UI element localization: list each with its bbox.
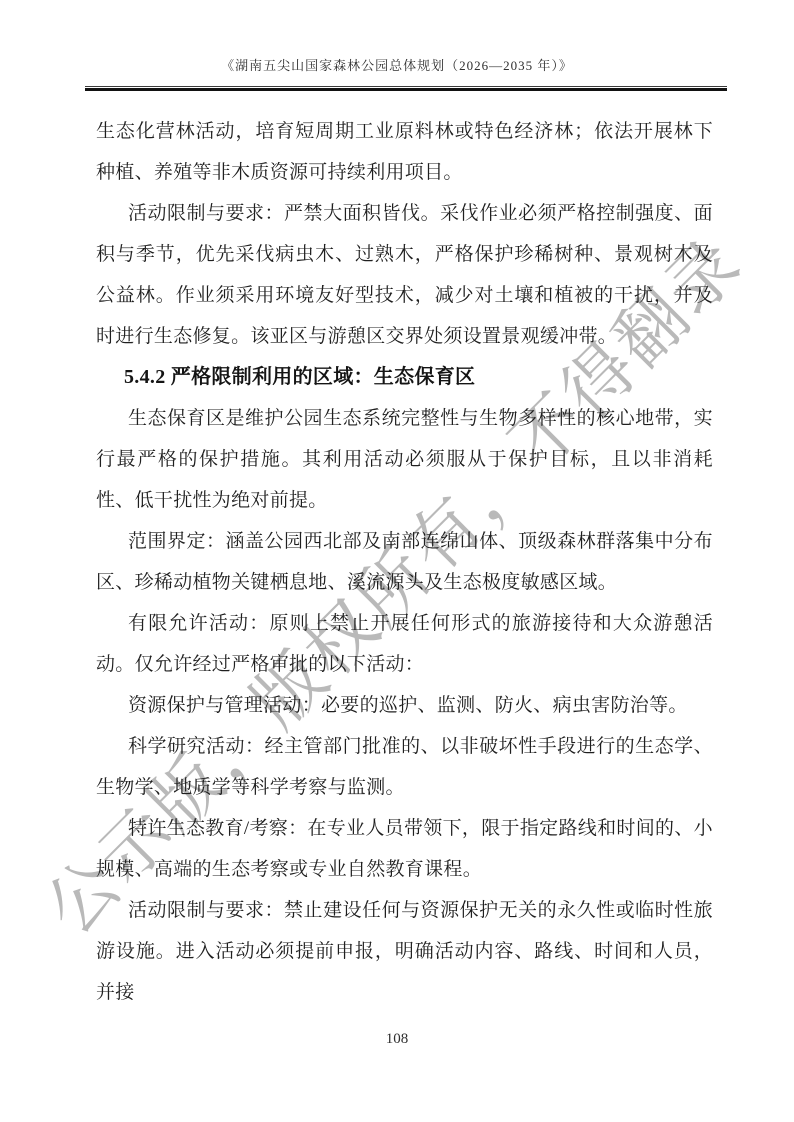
paragraph: 活动限制与要求：禁止建设任何与资源保护无关的永久性或临时性旅游设施。进入活动必须… xyxy=(96,890,713,1013)
paragraph: 范围界定：涵盖公园西北部及南部连绵山体、顶级森林群落集中分布区、珍稀动植物关键栖… xyxy=(96,521,713,603)
paragraph: 活动限制与要求：严禁大面积皆伐。采伐作业必须严格控制强度、面积与季节，优先采伐病… xyxy=(96,193,713,357)
paragraph: 资源保护与管理活动：必要的巡护、监测、防火、病虫害防治等。 xyxy=(96,685,713,726)
document-body: 生态化营林活动，培育短周期工业原料林或特色经济林；依法开展林下种植、养殖等非木质… xyxy=(96,111,713,1013)
header-rule xyxy=(85,86,727,91)
paragraph: 生态化营林活动，培育短周期工业原料林或特色经济林；依法开展林下种植、养殖等非木质… xyxy=(96,111,713,193)
document-page: 《湖南五尖山国家森林公园总体规划（2026—2035 年）》 公示版，版权所有，… xyxy=(0,0,794,1122)
section-heading-5-4-2: 5.4.2 严格限制利用的区域：生态保育区 xyxy=(96,357,713,398)
header-title: 《湖南五尖山国家森林公园总体规划（2026—2035 年）》 xyxy=(0,55,794,74)
paragraph: 有限允许活动：原则上禁止开展任何形式的旅游接待和大众游憩活动。仅允许经过严格审批… xyxy=(96,603,713,685)
paragraph: 特许生态教育/考察：在专业人员带领下，限于指定路线和时间的、小规模、高端的生态考… xyxy=(96,808,713,890)
paragraph: 生态保育区是维护公园生态系统完整性与生物多样性的核心地带，实行最严格的保护措施。… xyxy=(96,398,713,521)
page-number: 108 xyxy=(0,1031,794,1048)
paragraph: 科学研究活动：经主管部门批准的、以非破坏性手段进行的生态学、生物学、地质学等科学… xyxy=(96,726,713,808)
